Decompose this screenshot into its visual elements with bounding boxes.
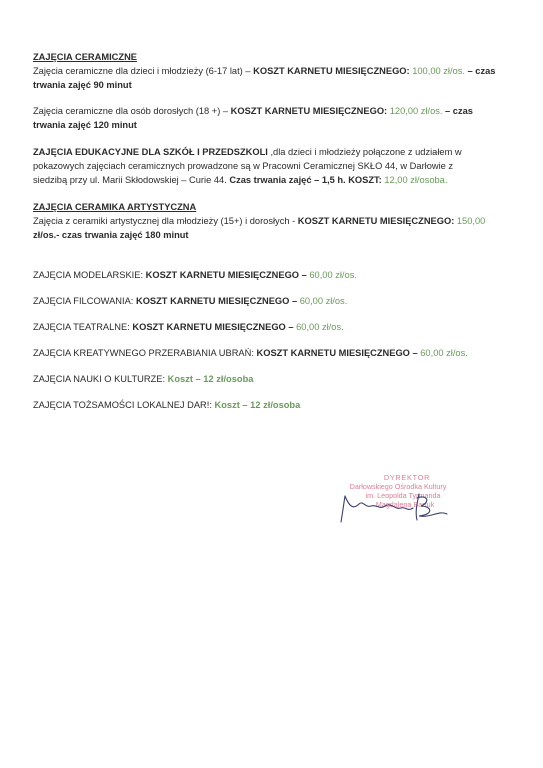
stamp-title: DYREKTOR bbox=[339, 473, 475, 482]
ceramics-kids-price: 100,00 zł/os. bbox=[412, 66, 465, 76]
ceramics-adults-duration-b: trwania zajęć 120 minut bbox=[33, 120, 137, 130]
artistic-cost-label: KOSZT KARNETU MIESIĘCZNEGO: bbox=[298, 216, 457, 226]
class-price: Koszt – 12 zł/osoba bbox=[215, 400, 301, 410]
ceramics-kids-duration-b: trwania zajęć 90 minut bbox=[33, 80, 132, 90]
class-price: 60,00 zł/os. bbox=[309, 270, 357, 280]
artistic-section: ZAJĘCIA CERAMIKA ARTYSTYCZNA Zajęcia z c… bbox=[33, 200, 513, 242]
class-name: ZAJĘCIA MODELARSKIE: bbox=[33, 270, 146, 280]
list-item-clothes-upcycling: ZAJĘCIA KREATYWNEGO PRZERABIANIA UBRAŃ: … bbox=[33, 346, 513, 360]
ceramics-heading: ZAJĘCIA CERAMICZNE bbox=[33, 50, 513, 64]
education-section: ZAJĘCIA EDUKACYJNE DLA SZKÓŁ I PRZEDSZKO… bbox=[33, 145, 513, 187]
ceramics-kids-intro: Zajęcia ceramiczne dla dzieci i młodzież… bbox=[33, 66, 253, 76]
education-heading: ZAJĘCIA EDUKACYJNE DLA SZKÓŁ I PRZEDSZKO… bbox=[33, 147, 268, 157]
ceramics-adults-duration-a: – czas bbox=[442, 106, 473, 116]
class-cost-label: KOSZT KARNETU MIESIĘCZNEGO – bbox=[132, 322, 296, 332]
ceramics-adults-entry: Zajęcia ceramiczne dla osób dorosłych (1… bbox=[33, 104, 513, 132]
ceramics-kids-duration-a: – czas bbox=[465, 66, 496, 76]
education-price: 12,00 zł/osoba. bbox=[384, 175, 447, 185]
ceramics-section: ZAJĘCIA CERAMICZNE Zajęcia ceramiczne dl… bbox=[33, 50, 513, 132]
class-name: ZAJĘCIA TOŻSAMOŚCI LOKALNEJ DAR!: bbox=[33, 400, 215, 410]
artistic-price: 150,00 bbox=[457, 216, 485, 226]
class-price: 60,00 zł/os. bbox=[296, 322, 344, 332]
class-price: 60,00 zł/os. bbox=[300, 296, 348, 306]
education-line2: pokazowych zajęciach ceramicznych prowad… bbox=[33, 161, 453, 171]
ceramics-adults-intro: Zajęcia ceramiczne dla osób dorosłych (1… bbox=[33, 106, 231, 116]
class-name: ZAJĘCIA FILCOWANIA: bbox=[33, 296, 136, 306]
education-line1: ,dla dzieci i młodzieży połączone z udzi… bbox=[268, 147, 462, 157]
artistic-line2: zł/os.- czas trwania zajęć 180 minut bbox=[33, 230, 189, 240]
class-cost-label: KOSZT KARNETU MIESIĘCZNEGO – bbox=[136, 296, 300, 306]
class-price: Koszt – 12 zł/osoba bbox=[168, 374, 254, 384]
other-classes-list: ZAJĘCIA MODELARSKIE: KOSZT KARNETU MIESI… bbox=[33, 268, 513, 412]
class-cost-label: KOSZT KARNETU MIESIĘCZNEGO – bbox=[257, 348, 421, 358]
price-list-document: ZAJĘCIA CERAMICZNE Zajęcia ceramiczne dl… bbox=[33, 50, 513, 412]
artistic-intro: Zajęcia z ceramiki artystycznej dla młod… bbox=[33, 216, 298, 226]
class-cost-label: KOSZT KARNETU MIESIĘCZNEGO – bbox=[146, 270, 310, 280]
class-price: 60,00 zł/os. bbox=[420, 348, 468, 358]
ceramics-kids-entry: Zajęcia ceramiczne dla dzieci i młodzież… bbox=[33, 64, 513, 92]
class-name: ZAJĘCIA TEATRALNE: bbox=[33, 322, 132, 332]
list-item-felting: ZAJĘCIA FILCOWANIA: KOSZT KARNETU MIESIĘ… bbox=[33, 294, 513, 308]
artistic-heading: ZAJĘCIA CERAMIKA ARTYSTYCZNA bbox=[33, 200, 513, 214]
signature-icon bbox=[335, 488, 455, 528]
ceramics-adults-price: 120,00 zł/os. bbox=[390, 106, 443, 116]
class-name: ZAJĘCIA KREATYWNEGO PRZERABIANIA UBRAŃ: bbox=[33, 348, 257, 358]
list-item-culture-studies: ZAJĘCIA NAUKI O KULTURZE: Koszt – 12 zł/… bbox=[33, 372, 513, 386]
education-duration: Czas trwania zajęć – 1,5 h. KOSZT: bbox=[229, 175, 384, 185]
ceramics-adults-cost-label: KOSZT KARNETU MIESIĘCZNEGO: bbox=[231, 106, 390, 116]
list-item-theatre: ZAJĘCIA TEATRALNE: KOSZT KARNETU MIESIĘC… bbox=[33, 320, 513, 334]
list-item-local-identity: ZAJĘCIA TOŻSAMOŚCI LOKALNEJ DAR!: Koszt … bbox=[33, 398, 513, 412]
education-line3: siedzibą przy ul. Marii Skłodowskiej – C… bbox=[33, 175, 229, 185]
ceramics-kids-cost-label: KOSZT KARNETU MIESIĘCZNEGO: bbox=[253, 66, 412, 76]
list-item-modelling: ZAJĘCIA MODELARSKIE: KOSZT KARNETU MIESI… bbox=[33, 268, 513, 282]
class-name: ZAJĘCIA NAUKI O KULTURZE: bbox=[33, 374, 168, 384]
